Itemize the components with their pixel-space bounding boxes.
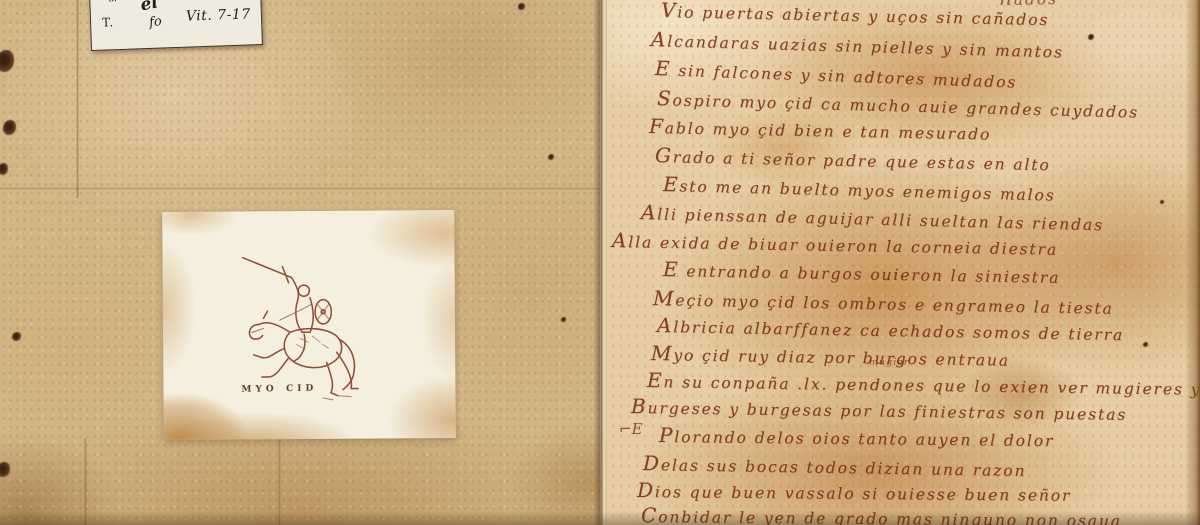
manuscript-text: nadosVio puertas abiertas y uços sin cañ… <box>607 0 1200 525</box>
wormhole-spot <box>0 163 8 175</box>
wormhole-spot <box>548 154 554 160</box>
crease-line <box>76 0 79 198</box>
illustration-panel: myo cid <box>162 210 456 440</box>
manuscript-photo: h. T. el fo Vit. 7-17 <box>0 0 1200 525</box>
wormhole-spot <box>0 462 10 477</box>
manuscript-line: Dios que buen vassalo si ouiesse buen se… <box>637 478 1072 506</box>
manuscript-line: Alla exida de biuar ouieron la corneia d… <box>612 228 1059 260</box>
illustration-caption: myo cid <box>241 379 317 395</box>
label-script-bottom: fo <box>148 14 162 30</box>
photo-vignette <box>0 511 1200 525</box>
interlinear-gloss: mugier <box>869 357 909 368</box>
label-script-top: el <box>139 0 160 15</box>
manuscript-line: Plorando delos oios tanto auyen el dolor <box>659 423 1055 451</box>
shelfmark-label: h. T. el fo Vit. 7-17 <box>89 0 263 51</box>
crease-line <box>0 187 601 190</box>
wormhole-spot <box>0 50 14 72</box>
wormhole-spot <box>12 332 21 341</box>
wormhole-spot <box>3 120 16 135</box>
manuscript-line: Albricia albarffanez ca echados somos de… <box>657 313 1125 345</box>
manuscript-line: E entrando a burgos ouieron la siniestra <box>663 257 1061 288</box>
wormhole-spot <box>561 317 566 322</box>
label-letter: T. <box>102 15 115 29</box>
manuscript-page: nadosVio puertas abiertas y uços sin cañ… <box>607 0 1200 525</box>
manuscript-cover: h. T. el fo Vit. 7-17 <box>0 0 601 525</box>
label-letter-top: h. <box>108 0 117 4</box>
sword-icon <box>243 257 292 278</box>
marginal-mark: ⌐E <box>619 420 643 438</box>
label-shelfmark: Vit. 7-17 <box>186 6 251 24</box>
manuscript-line: Fablo myo çid bien e tan mesurado <box>649 114 992 145</box>
manuscript-line: Delas sus bocas todos dizian una razon <box>643 451 1027 481</box>
wormhole-spot <box>518 3 525 10</box>
knight-on-horseback-illustration <box>232 239 365 402</box>
manuscript-line: Esto me an buelto myos enemigos malos <box>663 172 1056 206</box>
manuscript-line: Myo çid ruy diaz por burgos entraua <box>651 341 1010 371</box>
manuscript-line: Grado a ti señor padre que estas en alto <box>655 143 1051 175</box>
manuscript-line: Vio puertas abiertas y uços sin cañados <box>661 0 1050 30</box>
manuscript-line: Burgeses y burgesas por las finiestras s… <box>631 394 1128 425</box>
